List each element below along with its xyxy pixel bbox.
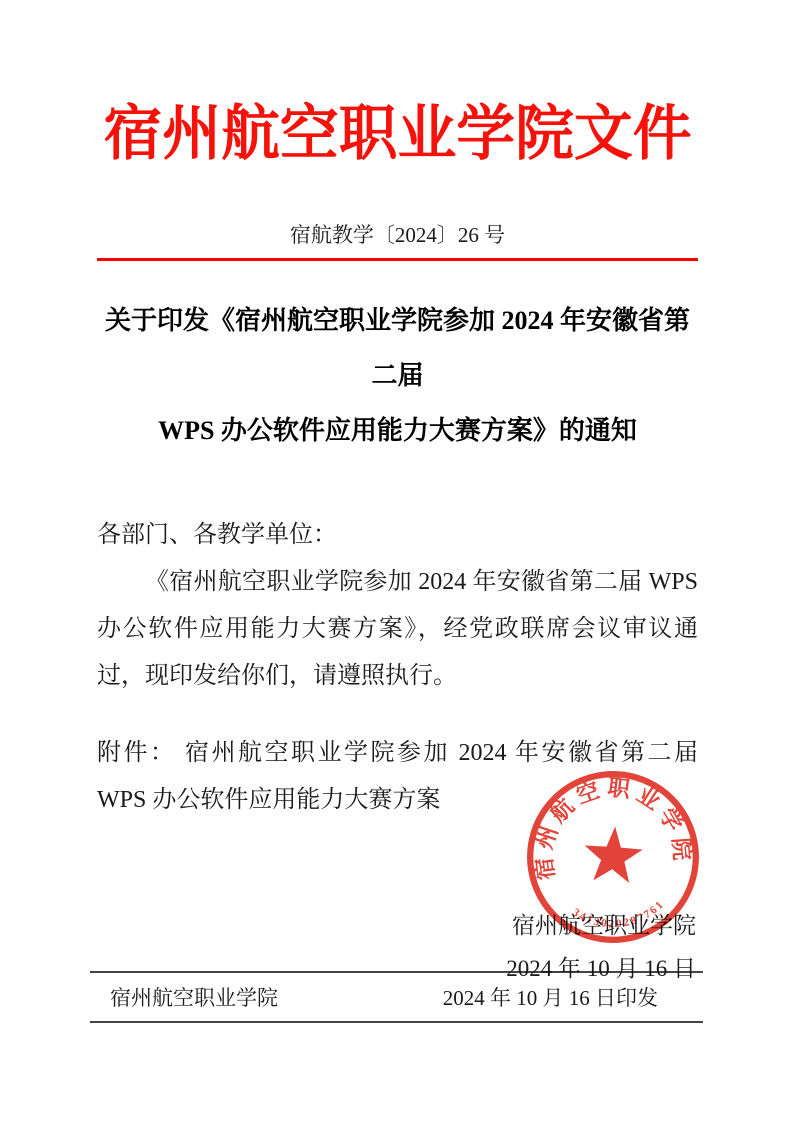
signature-block: 宿州航空职业学院 2024 年 10 月 16 日	[97, 904, 698, 990]
signer-name: 宿州航空职业学院	[97, 904, 698, 947]
signature-date: 2024 年 10 月 16 日	[97, 947, 698, 990]
notice-title-line2: WPS 办公软件应用能力大赛方案》的通知	[97, 403, 698, 458]
notice-title: 关于印发《宿州航空职业学院参加 2024 年安徽省第二届 WPS 办公软件应用能…	[97, 293, 698, 458]
salutation-line: 各部门、各教学单位：	[97, 512, 698, 559]
notice-title-line1: 关于印发《宿州航空职业学院参加 2024 年安徽省第二届	[97, 293, 698, 403]
document-number: 宿航教学〔2024〕26 号	[97, 220, 698, 250]
notice-body: 各部门、各教学单位： 《宿州航空职业学院参加 2024 年安徽省第二届 WPS …	[97, 512, 698, 700]
red-header-title: 宿州航空职业学院文件	[103, 98, 692, 170]
body-paragraph: 《宿州航空职业学院参加 2024 年安徽省第二届 WPS 办公软件应用能力大赛方…	[97, 559, 698, 700]
official-document-page: 宿州航空职业学院文件 宿航教学〔2024〕26 号 关于印发《宿州航空职业学院参…	[0, 0, 793, 1122]
attachment-line: 附件： 宿州航空职业学院参加 2024 年安徽省第二届 WPS 办公软件应用能力…	[97, 730, 698, 824]
red-divider-rule	[97, 258, 698, 261]
document-content: 宿州航空职业学院文件 宿航教学〔2024〕26 号 关于印发《宿州航空职业学院参…	[97, 0, 698, 990]
